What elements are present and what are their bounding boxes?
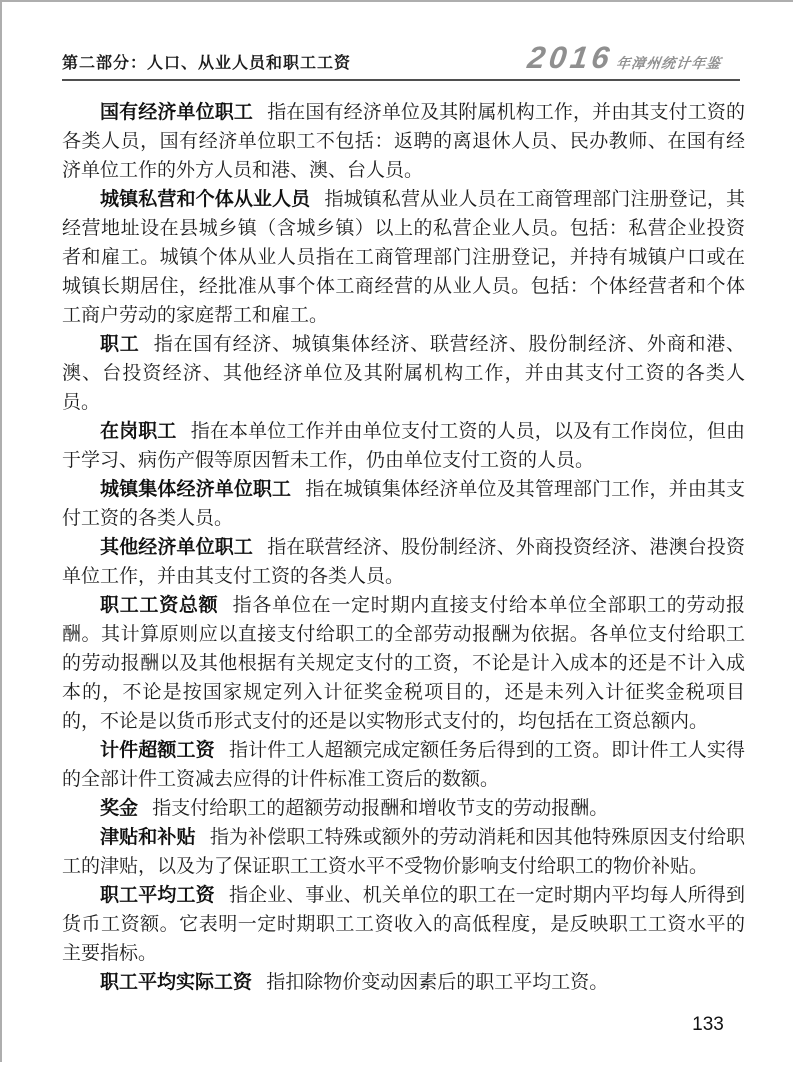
definition-paragraph: 职工平均实际工资指扣除物价变动因素后的职工平均工资。 (62, 968, 745, 997)
definition-paragraph: 奖金指支付给职工的超额劳动报酬和增收节支的劳动报酬。 (62, 794, 745, 823)
definition-term: 奖金 (100, 798, 138, 819)
definition-paragraph: 在岗职工指在本单位工作并由单位支付工资的人员，以及有工作岗位，但由于学习、病伤产… (62, 417, 745, 475)
definition-term: 职工平均实际工资 (100, 972, 252, 993)
page-number: 133 (688, 1014, 728, 1036)
definition-paragraph: 职工指在国有经济、城镇集体经济、联营经济、股份制经济、外商和港、澳、台投资经济、… (62, 330, 745, 417)
definition-paragraph: 职工平均工资指企业、事业、机关单位的职工在一定时期内平均每人所得到货币工资额。它… (62, 881, 745, 968)
definitions-body: 国有经济单位职工指在国有经济单位及其附属机构工作，并由其支付工资的各类人员，国有… (62, 98, 745, 997)
yearbook-title: 2016年漳州统计年鉴 (526, 42, 742, 73)
definition-text: 指支付给职工的超额劳动报酬和增收节支的劳动报酬。 (152, 798, 608, 819)
definition-term: 城镇集体经济单位职工 (100, 479, 291, 500)
definition-term: 职工平均工资 (100, 885, 215, 906)
definition-term: 职工工资总额 (100, 595, 218, 616)
definition-paragraph: 职工工资总额指各单位在一定时期内直接支付给本单位全部职工的劳动报酬。其计算原则应… (62, 591, 745, 736)
definition-paragraph: 计件超额工资指计件工人超额完成定额任务后得到的工资。即计件工人实得的全部计件工资… (62, 736, 745, 794)
definition-text: 指扣除物价变动因素后的职工平均工资。 (266, 972, 608, 993)
definition-term: 其他经济单位职工 (100, 537, 253, 558)
definition-text: 指在国有经济、城镇集体经济、联营经济、股份制经济、外商和港、澳、台投资经济、其他… (62, 334, 745, 413)
definition-term: 在岗职工 (100, 421, 176, 442)
yearbook-page: 第二部分：人口、从业人员和职工工资 2016年漳州统计年鉴 国有经济单位职工指在… (0, 0, 793, 1077)
definition-paragraph: 国有经济单位职工指在国有经济单位及其附属机构工作，并由其支付工资的各类人员，国有… (62, 98, 745, 185)
yearbook-name: 年漳州统计年鉴 (615, 55, 722, 71)
definition-paragraph: 城镇私营和个体从业人员指城镇私营从业人员在工商管理部门注册登记，其经营地址设在县… (62, 185, 745, 330)
definition-term: 职工 (100, 334, 139, 355)
yearbook-year: 2016 (526, 40, 616, 75)
scan-edge-left (0, 0, 2, 1062)
definition-term: 计件超额工资 (100, 740, 215, 761)
section-title: 第二部分：人口、从业人员和职工工资 (62, 55, 351, 73)
definition-paragraph: 津贴和补贴指为补偿职工特殊或额外的劳动消耗和因其他特殊原因支付给职工的津贴，以及… (62, 823, 745, 881)
definition-term: 津贴和补贴 (100, 827, 196, 848)
page-header: 第二部分：人口、从业人员和职工工资 2016年漳州统计年鉴 (62, 42, 740, 81)
definition-term: 国有经济单位职工 (100, 102, 253, 123)
scan-edge-top (0, 0, 793, 2)
definition-paragraph: 城镇集体经济单位职工指在城镇集体经济单位及其管理部门工作，并由其支付工资的各类人… (62, 475, 745, 533)
definition-term: 城镇私营和个体从业人员 (100, 189, 310, 210)
definition-paragraph: 其他经济单位职工指在联营经济、股份制经济、外商投资经济、港澳台投资单位工作，并由… (62, 533, 745, 591)
